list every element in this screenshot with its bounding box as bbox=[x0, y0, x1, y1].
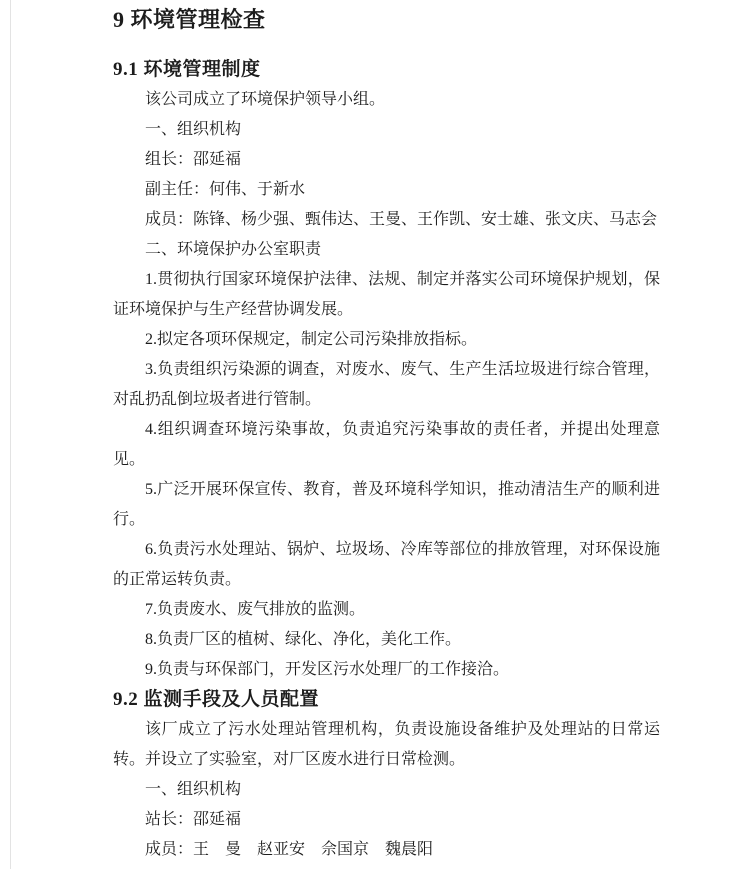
paragraph-line: 见。 bbox=[113, 445, 660, 475]
paragraph-line: 副主任：何伟、于新水 bbox=[113, 175, 660, 205]
paragraph-line: 站长：邵延福 bbox=[113, 805, 660, 835]
paragraph-line: 6.负责污水处理站、锅炉、垃圾场、冷库等部位的排放管理，对环保设施 bbox=[113, 535, 660, 565]
paragraph-line: 3.负责组织污染源的调查，对废水、废气、生产生活垃圾进行综合管理， bbox=[113, 355, 660, 385]
paragraph-line: 9.负责与环保部门，开发区污水处理厂的工作接洽。 bbox=[113, 655, 660, 685]
paragraph-line: 成员：王 曼 赵亚安 佘国京 魏晨阳 bbox=[113, 835, 660, 865]
paragraph-line: 一、组织机构 bbox=[113, 775, 660, 805]
paragraph-line: 转。并设立了实验室，对厂区废水进行日常检测。 bbox=[113, 745, 660, 775]
document-content: 9 环境管理检查9.1 环境管理制度该公司成立了环境保护领导小组。一、组织机构组… bbox=[113, 0, 660, 865]
paragraph-line: 2.拟定各项环保规定，制定公司污染排放指标。 bbox=[113, 325, 660, 355]
paragraph-line: 4.组织调查环境污染事故，负责追究污染事故的责任者，并提出处理意 bbox=[113, 415, 660, 445]
paragraph-line: 该厂成立了污水处理站管理机构，负责设施设备维护及处理站的日常运 bbox=[113, 715, 660, 745]
paragraph-line: 组长：邵延福 bbox=[113, 145, 660, 175]
paragraph-line: 的正常运转负责。 bbox=[113, 565, 660, 595]
paragraph-line: 1.贯彻执行国家环境保护法律、法规、制定并落实公司环境保护规划，保 bbox=[113, 265, 660, 295]
paragraph-line: 对乱扔乱倒垃圾者进行管制。 bbox=[113, 385, 660, 415]
section-heading: 9.2 监测手段及人员配置 bbox=[113, 685, 660, 715]
paragraph-line: 成员：陈锋、杨少强、甄伟达、王曼、王作凯、安士雄、张文庆、马志会 bbox=[113, 205, 660, 235]
page-edge-line bbox=[10, 0, 11, 869]
section-heading: 9.1 环境管理制度 bbox=[113, 55, 660, 85]
paragraph-line: 证环境保护与生产经营协调发展。 bbox=[113, 295, 660, 325]
chapter-heading: 9 环境管理检查 bbox=[113, 5, 660, 35]
paragraph-line: 8.负责厂区的植树、绿化、净化，美化工作。 bbox=[113, 625, 660, 655]
paragraph-line: 该公司成立了环境保护领导小组。 bbox=[113, 85, 660, 115]
paragraph-line: 5.广泛开展环保宣传、教育，普及环境科学知识，推动清洁生产的顺利进 bbox=[113, 475, 660, 505]
paragraph-line: 一、组织机构 bbox=[113, 115, 660, 145]
paragraph-line: 7.负责废水、废气排放的监测。 bbox=[113, 595, 660, 625]
paragraph-line: 行。 bbox=[113, 505, 660, 535]
paragraph-line: 二、环境保护办公室职责 bbox=[113, 235, 660, 265]
